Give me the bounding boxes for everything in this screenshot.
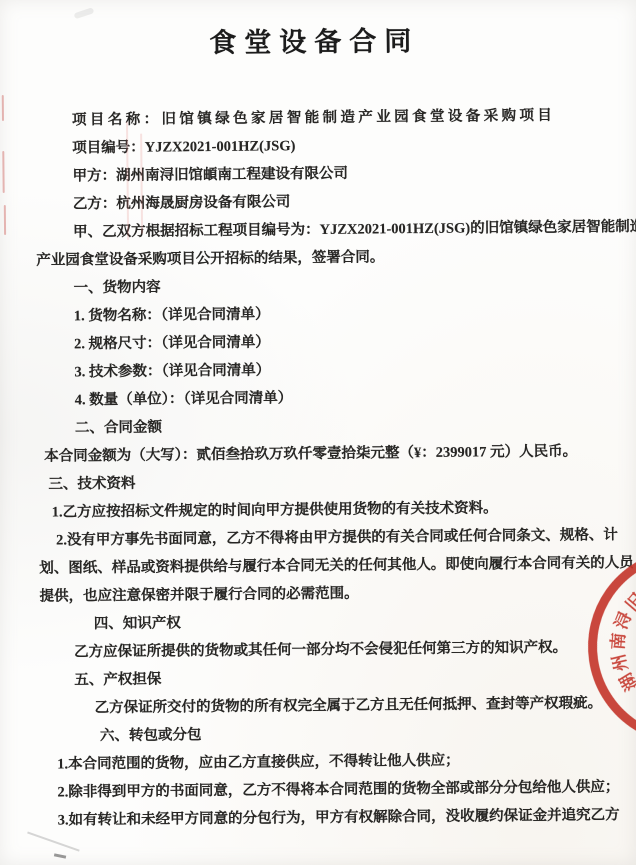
scan-content: 食堂设备合同 项目名称：旧馆镇绿色家居智能制造产业园食堂设备采购项目项目编号：Y… xyxy=(0,0,636,865)
contract-line: 3.如有转让和未经甲方同意的分包行为，甲方有权解除合同，没收履约保证金并追究乙方 xyxy=(42,801,624,835)
seal-arc-character: 湖 xyxy=(611,669,636,697)
contract-body: 项目名称：旧馆镇绿色家居智能制造产业园食堂设备采购项目项目编号：YJZX2021… xyxy=(35,101,624,835)
contract-line: 项目名称：旧馆镇绿色家居智能制造产业园食堂设备采购项目 xyxy=(35,101,617,135)
contract-line: 划、图纸、样品或资料提供给与履行本合同无关的任何其他人。即使向履行本合同有关的人… xyxy=(39,549,621,583)
ink-bleed-mark xyxy=(2,151,4,193)
scan-smudge xyxy=(74,7,95,19)
ink-bleed-mark xyxy=(2,95,4,121)
contract-line: 乙方应保证所提供的货物或其任何一部分均不会侵犯任何第三方的知识产权。 xyxy=(40,633,622,667)
contract-line: 本合同金额为（大写）：贰佰叁拾玖万玖仟零壹拾柒元整（¥：2399017 元）人民… xyxy=(38,437,620,471)
page-title: 食堂设备合同 xyxy=(0,21,632,63)
scanned-contract-page: 食堂设备合同 项目名称：旧馆镇绿色家居智能制造产业园食堂设备采购项目项目编号：Y… xyxy=(0,0,636,865)
ink-bleed-mark xyxy=(4,205,6,235)
seal-arc-character: 南 xyxy=(603,632,629,651)
scan-smudge xyxy=(54,853,66,858)
contract-line: 甲、乙双方根据招标工程项目编号为：YJZX2021-001HZ(JSG)的旧馆镇… xyxy=(36,213,618,247)
contract-line: 乙方保证所交付的货物的所有权完全属于乙方且无任何抵押、查封等产权瑕疵。 xyxy=(41,689,623,723)
